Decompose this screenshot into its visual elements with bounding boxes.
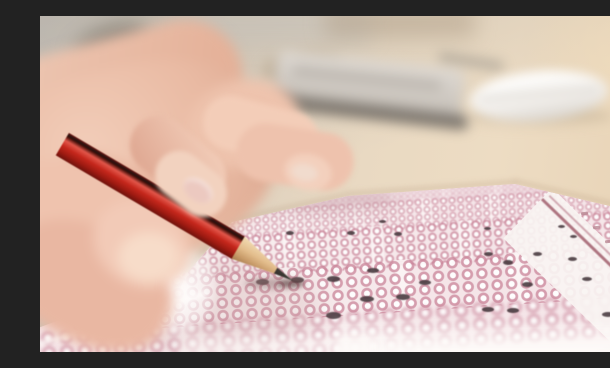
photo-exam-sheet: Close-up photograph of a hand holding a … [40,16,610,352]
foreground-blur-haze [180,336,380,352]
folded-fingers-group [40,16,610,352]
